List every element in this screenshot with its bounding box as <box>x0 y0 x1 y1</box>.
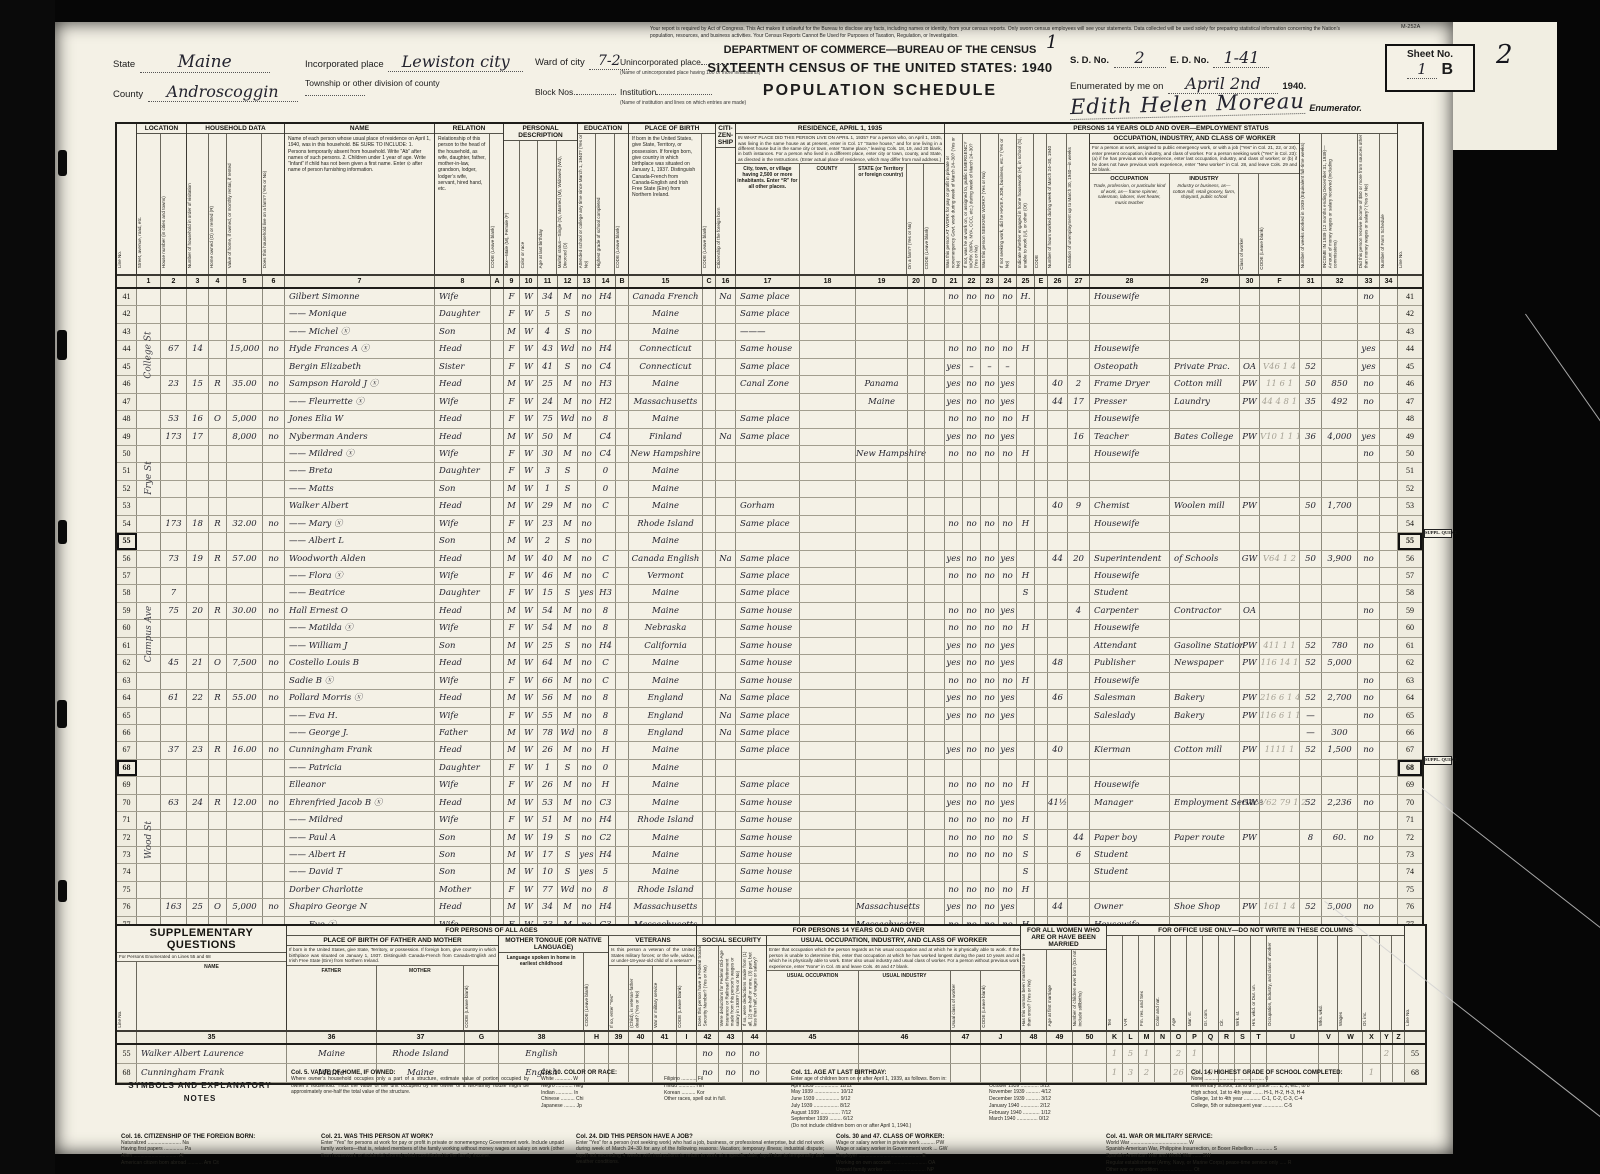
cell-r4 <box>908 376 925 392</box>
cell-cC <box>703 568 716 584</box>
cell-rl: Son <box>435 638 491 654</box>
group-label: FOR PERSONS 14 YEARS OLD AND OVER <box>697 926 1020 936</box>
cell-hn: 7 <box>161 585 187 601</box>
cell-wg <box>1322 760 1358 776</box>
cell-lnR: 62 <box>1398 655 1422 671</box>
cell-r1: Same house <box>736 673 800 689</box>
cell-at: no <box>578 376 596 392</box>
cell-r4 <box>908 324 925 340</box>
cell-ct <box>716 306 736 322</box>
cell-cl: PW <box>1240 429 1260 445</box>
group-label: OCCUPATION, INDUSTRY, AND CLASS OF WORKE… <box>1090 134 1299 144</box>
cell-rc: W <box>520 324 538 340</box>
cell-r3 <box>856 289 908 305</box>
cell-rc: W <box>520 708 538 724</box>
cell-cD <box>925 882 945 898</box>
column-header-X: Ot. inc. <box>1362 936 1380 1030</box>
cell-a4: yes <box>999 376 1017 392</box>
cell-rc: W <box>520 812 538 828</box>
cell-a4: yes <box>999 708 1017 724</box>
cell-hn: 173 <box>161 429 187 445</box>
cell-rl: Son <box>435 864 491 880</box>
column-desc: FATHER <box>287 966 376 976</box>
cell-nm: Nyberman Anders <box>285 429 435 445</box>
cell-ln: 63 <box>117 673 137 689</box>
cell-cE <box>1035 830 1048 846</box>
cell-cC <box>703 533 716 549</box>
cell-fs <box>1380 673 1398 689</box>
cell-ln: 69 <box>117 777 137 793</box>
cell-cB <box>616 306 629 322</box>
cell-ag: 17 <box>538 847 558 863</box>
cell-a3 <box>981 498 999 514</box>
colnum-ln <box>117 276 137 287</box>
cell-ms: S <box>558 760 578 776</box>
cell-a5 <box>1017 359 1035 375</box>
scan-artifact <box>58 150 67 176</box>
cell-sx: F <box>504 359 520 375</box>
cell-fs <box>1380 725 1398 741</box>
cell-hn <box>161 324 187 340</box>
cell-hh: 25 <box>187 899 209 915</box>
cell-st <box>137 341 161 357</box>
cell-h6 <box>1048 725 1068 741</box>
cell-hn <box>161 463 187 479</box>
cell-sx: M <box>504 551 520 567</box>
cell-cC <box>703 830 716 846</box>
cell-rc: W <box>520 673 538 689</box>
notes-heading: SYMBOLS AND EXPLANATORY NOTES <box>121 1070 279 1106</box>
cell-ow <box>209 341 227 357</box>
cell-a4 <box>999 324 1017 340</box>
cell-cA <box>491 777 504 793</box>
county-label: County <box>113 89 143 100</box>
cell-cF <box>1260 446 1300 462</box>
cell-a1: yes <box>945 376 963 392</box>
cell-fs <box>1380 324 1398 340</box>
cell-ag: 23 <box>538 516 558 532</box>
cell-a2 <box>963 760 981 776</box>
cell-h6 <box>1048 864 1068 880</box>
cell-wg <box>1322 568 1358 584</box>
cell-cD <box>925 725 945 741</box>
cell-vl <box>227 289 263 305</box>
cell-st <box>137 359 161 375</box>
cell-rc: W <box>520 376 538 392</box>
note-line: Alien ................................ A… <box>121 1153 309 1160</box>
cell-a3: no <box>981 394 999 410</box>
cell-cC <box>703 742 716 758</box>
cell-oi: no <box>1358 376 1380 392</box>
cell-r2 <box>800 882 856 898</box>
cell-a4 <box>999 725 1017 741</box>
cell-r2 <box>800 760 856 776</box>
cell-ow <box>209 725 227 741</box>
cell-gr: C4 <box>596 446 616 462</box>
cell-st <box>137 429 161 445</box>
group-columns: Number of household in order of visitati… <box>187 134 284 274</box>
column-desc: Gr. com. <box>1203 936 1218 1027</box>
cell-a3 <box>981 864 999 880</box>
column-desc: Were deductions for Federal Old-Age Insu… <box>719 946 742 1027</box>
cell-ag: 30 <box>538 446 558 462</box>
table-row: 44671415,000noHyde Frances A ⓧHeadFW43Wd… <box>117 341 1422 358</box>
colnum-R: R <box>1219 1032 1235 1043</box>
cell-wk <box>1300 847 1322 863</box>
cell-a5 <box>1017 481 1035 497</box>
cell-fm <box>263 481 285 497</box>
header-group: MOTHER TONGUE (OR NATIVE LANGUAGE)Langua… <box>499 936 609 1030</box>
cell-rc: W <box>520 795 538 811</box>
cell-bp: Maine <box>629 585 703 601</box>
cell-st <box>137 376 161 392</box>
cell-r1: Same house <box>736 655 800 671</box>
cell-fs <box>1380 306 1398 322</box>
cell-bp: Maine <box>629 411 703 427</box>
cell-r3 <box>856 882 908 898</box>
cell-ow: R <box>209 742 227 758</box>
note-lines: April 1939 ................. 11/12May 19… <box>791 1083 1179 1124</box>
cell-hh <box>187 463 209 479</box>
cell-a5 <box>1017 760 1035 776</box>
cell-lnR: 70 <box>1398 795 1422 811</box>
table-row: 624521O7,500noCostello Louis BHeadMW64Mn… <box>117 655 1422 672</box>
cell-oc: Presser <box>1090 394 1170 410</box>
cell-hn <box>161 777 187 793</box>
cell-cE <box>1035 551 1048 567</box>
cell-a5 <box>1017 795 1035 811</box>
cell-oi: no <box>1358 795 1380 811</box>
header-group: FOR OFFICE USE ONLY—DO NOT WRITE IN THES… <box>1107 926 1405 1030</box>
cell-bp: Connecticut <box>629 359 703 375</box>
cell-cD <box>925 620 945 636</box>
cell-fm <box>263 847 285 863</box>
cell-wk <box>1300 864 1322 880</box>
cell-fs <box>1380 551 1398 567</box>
sheet-number-box: Sheet No. 1 B <box>1385 44 1475 92</box>
header-group: PERSONS 14 YEARS OLD AND OVER—EMPLOYMENT… <box>945 124 1398 274</box>
cell-st <box>137 533 161 549</box>
cell-lnR: 64 <box>1398 690 1422 706</box>
cell-gr: H4 <box>596 812 616 828</box>
cell-sx: M <box>504 690 520 706</box>
column-desc: Ten <box>1107 936 1122 1027</box>
cell-r4 <box>908 463 925 479</box>
cell-ln: 62 <box>117 655 137 671</box>
cell-fm <box>263 359 285 375</box>
cell-cC <box>703 429 716 445</box>
cell-ct: Na <box>716 708 736 724</box>
cell-cD <box>925 777 945 793</box>
cell-d7 <box>1068 306 1090 322</box>
cell-a1 <box>945 533 963 549</box>
cell-fm <box>263 777 285 793</box>
cell-a3 <box>981 324 999 340</box>
cell-rc: W <box>520 481 538 497</box>
cell-cA <box>491 341 504 357</box>
cell-ow <box>209 306 227 322</box>
cell-in: Bakery <box>1170 708 1240 724</box>
note-lines: World War ..............................… <box>1106 1140 1394 1174</box>
sheet-number-value: 1 <box>1407 60 1437 79</box>
cell-cE <box>1035 429 1048 445</box>
cell-rl: Father <box>435 725 491 741</box>
cell-a2: no <box>963 673 981 689</box>
note-block: Col. 16. CITIZENSHIP OF THE FOREIGN BORN… <box>115 1132 315 1174</box>
cell-oi <box>1358 498 1380 514</box>
cell-ms: M <box>558 673 578 689</box>
cell-ms: M <box>558 516 578 532</box>
column-header-T: Hrs. wkd. or Dur. un. <box>1251 936 1267 1030</box>
cell-ag: 29 <box>538 498 558 514</box>
cell-lnR: 54 <box>1398 516 1422 532</box>
cell-a3: no <box>981 882 999 898</box>
colnum-a2: 22 <box>963 276 981 287</box>
cell-ln: 50 <box>117 446 137 462</box>
cell-ow <box>209 289 227 305</box>
supplementary-questions-table: SUPPLEMENTARY QUESTIONSFor Persons Enume… <box>115 924 1427 1085</box>
cell-gr: H4 <box>596 289 616 305</box>
column-header-o45: USUAL OCCUPATION <box>767 971 859 1030</box>
cell-Z <box>1393 1045 1405 1063</box>
cell-lnR: 42 <box>1398 306 1422 322</box>
cell-r1: Same place <box>736 429 800 445</box>
cell-r1: Same house <box>736 603 800 619</box>
cell-o47 <box>951 1045 981 1063</box>
header-group: SOCIAL SECURITYDoes this person have a F… <box>697 936 767 1030</box>
cell-sx: M <box>504 795 520 811</box>
cell-sx: M <box>504 899 520 915</box>
cell-oi: no <box>1358 899 1380 915</box>
column-header-s42: Does this person have a Federal Social S… <box>697 946 719 1030</box>
cell-r1: Same place <box>736 742 800 758</box>
cell-hn <box>161 359 187 375</box>
cell-a3: no <box>981 655 999 671</box>
cell-st <box>137 795 161 811</box>
cell-ct <box>716 847 736 863</box>
cell-cE <box>1035 708 1048 724</box>
cell-cF: 116 6 1 1 <box>1260 708 1300 724</box>
cell-rc: W <box>520 830 538 846</box>
cell-ag: 43 <box>538 341 558 357</box>
cell-hh: 17 <box>187 429 209 445</box>
colnum-nm: 35 <box>137 1032 287 1043</box>
cell-cD <box>925 481 945 497</box>
cell-cl: OA <box>1240 603 1260 619</box>
cell-cE <box>1035 812 1048 828</box>
cell-hh <box>187 708 209 724</box>
incorporated-place-field: Incorporated place Lewiston city <box>305 52 523 72</box>
column-desc: City, town, or village having 2,500 or m… <box>736 164 799 192</box>
cell-cE <box>1035 795 1048 811</box>
cell-gr: H4 <box>596 341 616 357</box>
cell-ct: Na <box>716 551 736 567</box>
cell-rl: Daughter <box>435 585 491 601</box>
column-desc: MOTHER <box>377 966 464 976</box>
group-label: SUPPLEMENTARY QUESTIONS <box>117 926 286 953</box>
cell-lnR: 41 <box>1398 289 1422 305</box>
cell-T <box>1251 1045 1267 1063</box>
cell-hn: 61 <box>161 690 187 706</box>
cell-a3: no <box>981 446 999 462</box>
cell-cC <box>703 289 716 305</box>
cell-cB <box>616 585 629 601</box>
colnum-U: U <box>1267 1032 1319 1043</box>
cell-ag: 34 <box>538 899 558 915</box>
cell-ag: 26 <box>538 777 558 793</box>
colnum-cC: C <box>703 276 716 287</box>
cell-a5 <box>1017 638 1035 654</box>
cell-a1 <box>945 760 963 776</box>
cell-wk: 50 <box>1300 498 1322 514</box>
cell-ag: 41 <box>538 359 558 375</box>
column-desc: CODE (Leave blank) <box>677 966 697 1029</box>
group-note: For Persons Enumerated on Lines 55 and 6… <box>117 953 286 961</box>
cell-cD <box>925 411 945 427</box>
cell-oc: Housewife <box>1090 777 1170 793</box>
cell-sx: F <box>504 777 520 793</box>
cell-fs <box>1380 516 1398 532</box>
cell-vl: 15,000 <box>227 341 263 357</box>
colnum-a4: 24 <box>999 276 1017 287</box>
cell-st <box>137 585 161 601</box>
column-desc: Attended school or college any time sinc… <box>578 134 595 269</box>
cell-h6 <box>1048 289 1068 305</box>
cell-rl: Wife <box>435 446 491 462</box>
header-group: SUPPLEMENTARY QUESTIONSFor Persons Enume… <box>117 926 287 1030</box>
cell-r3 <box>856 585 908 601</box>
cell-vl: 8,000 <box>227 429 263 445</box>
group-label: VETERANS <box>609 936 697 946</box>
table-row: 72—— Paul ASonMW19SnoC2MaineSame houseno… <box>117 830 1422 847</box>
column-header-r2: COUNTY <box>800 164 856 274</box>
cell-in <box>1170 760 1240 776</box>
colnum-o47: 47 <box>951 1032 981 1043</box>
cell-ln: 44 <box>117 341 137 357</box>
cell-ow <box>209 638 227 654</box>
cell-r4 <box>908 306 925 322</box>
colnum-cl: 30 <box>1240 276 1260 287</box>
cell-in <box>1170 812 1240 828</box>
cell-fs <box>1380 882 1398 898</box>
cell-oc <box>1090 812 1170 828</box>
cell-cE <box>1035 376 1048 392</box>
column-header-Q: Gr. com. <box>1203 936 1219 1030</box>
cell-a1 <box>945 324 963 340</box>
cell-hh <box>187 620 209 636</box>
colnum-fm: 6 <box>263 276 285 287</box>
cell-d7 <box>1068 481 1090 497</box>
cell-a5 <box>1017 899 1035 915</box>
table-row: 73—— Albert HSonMW17SyesH4MaineSame hous… <box>117 847 1422 864</box>
cell-ct <box>716 655 736 671</box>
cell-bp: New Hampshire <box>629 446 703 462</box>
group-label: PERSONAL DESCRIPTION <box>504 124 577 141</box>
colnum-ct: 16 <box>716 276 736 287</box>
cell-hh <box>187 847 209 863</box>
column-header-nm: NAME <box>137 962 286 1030</box>
column-title: INDUSTRY <box>1170 174 1239 182</box>
cell-gr: 0 <box>596 463 616 479</box>
cell-h6 <box>1048 585 1068 601</box>
cell-wg <box>1322 516 1358 532</box>
cell-st <box>137 708 161 724</box>
cell-cB <box>616 812 629 828</box>
cell-oc: Kierman <box>1090 742 1170 758</box>
cell-cD <box>925 655 945 671</box>
note-line: September 1939 ......... 6/12 <box>791 1116 981 1123</box>
cell-a1: yes <box>945 708 963 724</box>
column-desc: Number of weeks worked in 1939 (Equivale… <box>1300 134 1321 269</box>
cell-a5: S <box>1017 847 1035 863</box>
column-header-Z <box>1392 936 1404 1030</box>
group-columns: Language spoken in home in earliest chil… <box>499 953 608 1030</box>
cell-fs <box>1380 481 1398 497</box>
header-group: LOCATIONStreet, avenue, road, etc.House … <box>137 124 187 274</box>
cell-a5 <box>1017 742 1035 758</box>
cell-sx: F <box>504 673 520 689</box>
cell-ct <box>716 394 736 410</box>
cell-cl <box>1240 777 1260 793</box>
block-field: Block Nos. <box>535 82 616 100</box>
note-line: World War ..............................… <box>1106 1140 1394 1147</box>
cell-rc: W <box>520 289 538 305</box>
suppl-quest-tag: SUPPL. QUEST. <box>1424 756 1452 765</box>
cell-cB <box>616 655 629 671</box>
cell-ag: 5 <box>538 306 558 322</box>
column-desc: Was this person SEEKING WORK? (Yes or No… <box>981 134 998 269</box>
note-line: Filipino ........... Fil <box>664 1076 779 1083</box>
cell-nm: Hall Ernest O <box>285 603 435 619</box>
cell-a4: no <box>999 812 1017 828</box>
cell-lnR: 69 <box>1398 777 1422 793</box>
cell-r4 <box>908 795 925 811</box>
cell-nm: —— David T <box>285 864 435 880</box>
colnum-O: O <box>1171 1032 1187 1043</box>
cell-rl: Sister <box>435 359 491 375</box>
cell-rc: W <box>520 394 538 410</box>
cell-gr: C <box>596 673 616 689</box>
cell-rl: Head <box>435 429 491 445</box>
cell-hh <box>187 882 209 898</box>
cell-ln: 53 <box>117 498 137 514</box>
column-header-d7: Duration of unemployment up to March 30,… <box>1067 134 1089 274</box>
table-row: 57—— Flora ⓧWifeFW46MnoCVermontSame plac… <box>117 568 1422 585</box>
county-field: County Androscoggin <box>113 82 298 102</box>
cell-rc: W <box>520 777 538 793</box>
cell-cA <box>491 620 504 636</box>
cell-rc: W <box>520 655 538 671</box>
cell-h6: 44 <box>1048 551 1068 567</box>
cell-a1: no <box>945 830 963 846</box>
cell-hn <box>161 394 187 410</box>
column-desc: Usual class of worker <box>951 971 980 1029</box>
note-lines: Naturalized ........................ NaH… <box>121 1140 309 1167</box>
cell-ow: O <box>209 411 227 427</box>
cell-vl <box>227 708 263 724</box>
group-note: Enter that occupation which the person r… <box>767 946 1021 971</box>
cell-r3 <box>856 864 908 880</box>
cell-hh <box>187 830 209 846</box>
cell-h6 <box>1048 638 1068 654</box>
cell-nm: Jones Elia W <box>285 411 435 427</box>
cell-st <box>137 673 161 689</box>
cell-hh <box>187 864 209 880</box>
cell-cF <box>1260 324 1300 340</box>
header-group: VETERANSIs this person a veteran of the … <box>609 936 697 1030</box>
cell-a4: yes <box>999 551 1017 567</box>
cell-oc <box>1090 463 1170 479</box>
